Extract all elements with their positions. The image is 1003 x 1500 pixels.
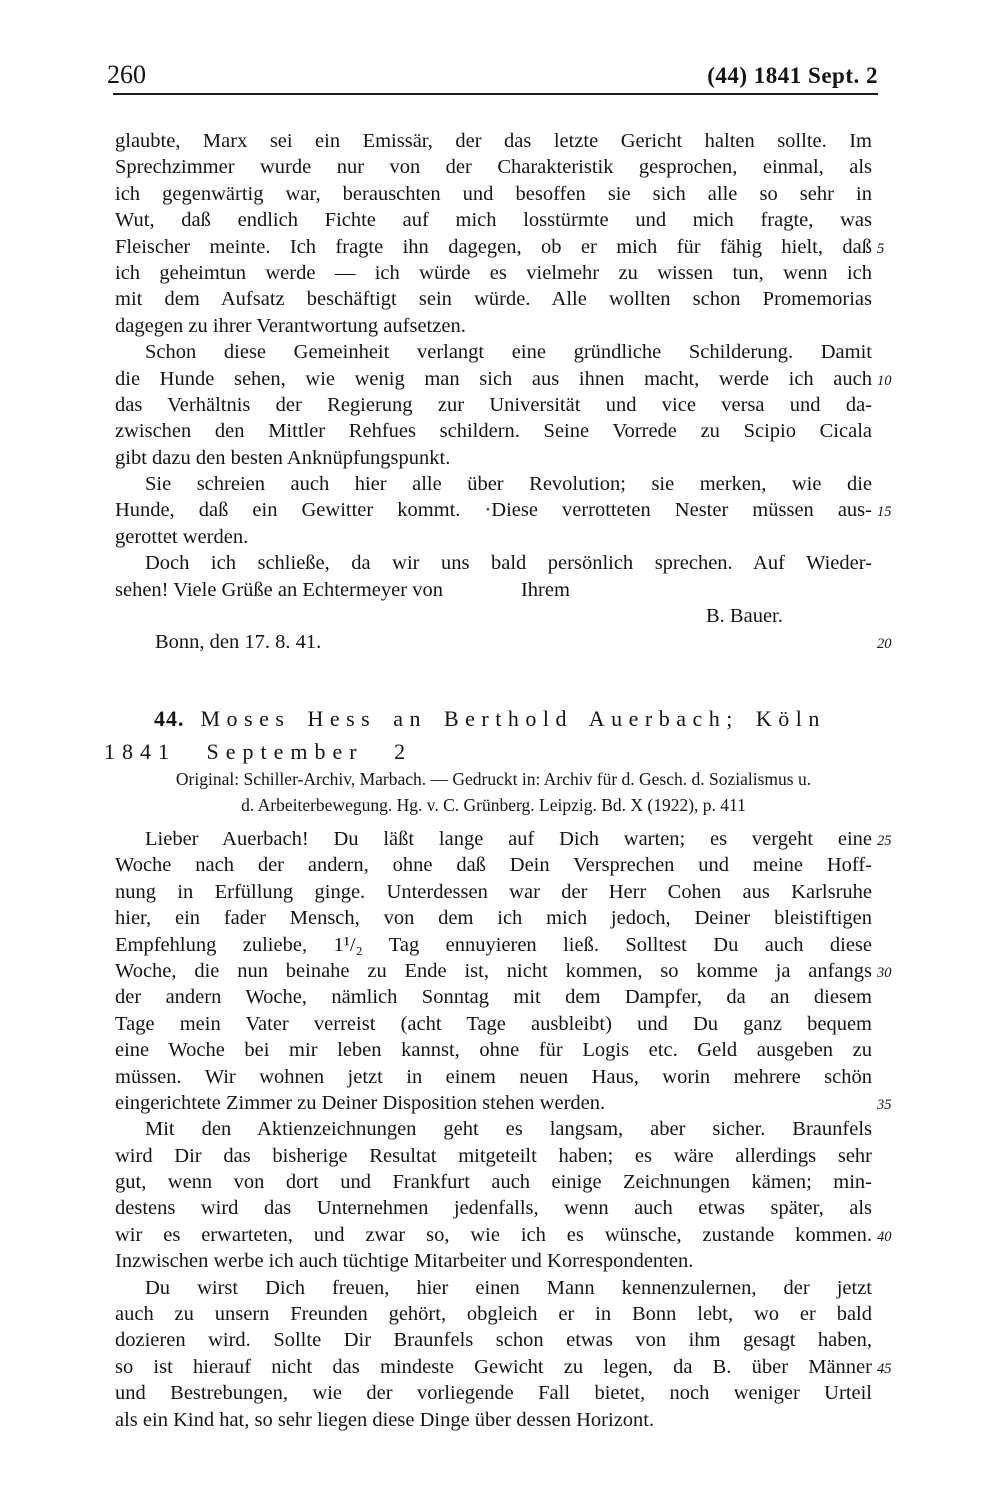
heading-line-1: 44.Moses Hess an Berthold Auerbach; Köln xyxy=(115,702,872,735)
text-line: Sprechzimmer wurde nur von der Charakter… xyxy=(115,154,872,180)
heading-title: Moses Hess an Berthold Auerbach; Köln xyxy=(201,706,826,731)
text-line: und Bestrebungen, wie der vorliegende Fa… xyxy=(115,1380,872,1406)
text-line: Woche nach der andern, ohne daß Dein Ver… xyxy=(115,852,872,878)
line-text: sehen! Viele Grüße an Echtermeyer von xyxy=(115,579,443,601)
text-line: Tage mein Vater verreist (acht Tage ausb… xyxy=(115,1011,872,1037)
text-line: 15Hunde, daß ein Gewitter kommt. ·Diese … xyxy=(115,497,872,523)
source-note-line-2: d. Arbeiterbewegung. Hg. v. C. Grünberg.… xyxy=(115,793,872,819)
margin-line-number: 25 xyxy=(877,828,917,854)
margin-line-number: 10 xyxy=(877,368,917,394)
book-page: 260 (44) 1841 Sept. 2 glaubte, Marx sei … xyxy=(0,0,1003,1500)
signature-text: B. Bauer. xyxy=(706,605,783,627)
line-text: Doch ich schließe, da wir uns bald persö… xyxy=(145,552,872,574)
valediction-ihrem: Ihrem xyxy=(521,579,570,601)
line-text: müssen. Wir wohnen jetzt in einem neuen … xyxy=(115,1066,872,1088)
text-line: hier, ein fader Mensch, von dem ich mich… xyxy=(115,905,872,931)
text-line: auch zu unsern Freunden gehört, obgleich… xyxy=(115,1301,872,1327)
running-header: 260 (44) 1841 Sept. 2 xyxy=(107,60,878,90)
text-line: Du wirst Dich freuen, hier einen Mann ke… xyxy=(115,1275,872,1301)
line-text: gerottet werden. xyxy=(115,526,248,548)
line-text: wird Dir das bisherige Resultat mitgetei… xyxy=(115,1145,872,1167)
line-text: nung in Erfüllung ginge. Unterdessen war… xyxy=(115,881,872,903)
text-line: 45so ist hierauf nicht das mindeste Gewi… xyxy=(115,1354,872,1380)
text-line: dozieren wird. Sollte Dir Braunfels scho… xyxy=(115,1327,872,1353)
text-line: Wut, daß endlich Fichte auf mich losstür… xyxy=(115,207,872,233)
line-text: Woche nach der andern, ohne daß Dein Ver… xyxy=(115,854,872,876)
line-text: Sprechzimmer wurde nur von der Charakter… xyxy=(115,156,872,178)
text-line: destens wird das Unternehmen jedenfalls,… xyxy=(115,1195,872,1221)
margin-line-number: 15 xyxy=(877,499,917,525)
line-text: destens wird das Unternehmen jedenfalls,… xyxy=(115,1197,872,1219)
text-line: Empfehlung zuliebe, 1¹/₂ Tag ennuyieren … xyxy=(115,932,872,958)
line-text: dozieren wird. Sollte Dir Braunfels scho… xyxy=(115,1329,872,1351)
text-line: 25Lieber Auerbach! Du läßt lange auf Dic… xyxy=(115,826,872,852)
line-text: die Hunde sehen, wie wenig man sich aus … xyxy=(115,368,872,390)
line-text: Mit den Aktienzeichnungen geht es langsa… xyxy=(145,1118,872,1140)
text-line: ich geheimtun werde — ich würde es vielm… xyxy=(115,260,872,286)
line-text: glaubte, Marx sei ein Emissär, der das l… xyxy=(115,130,872,152)
line-text: ich geheimtun werde — ich würde es vielm… xyxy=(115,262,872,284)
line-text: gut, wenn von dort und Frankfurt auch ei… xyxy=(115,1171,872,1193)
line-text: Lieber Auerbach! Du läßt lange auf Dich … xyxy=(145,828,872,850)
text-line: mit dem Aufsatz beschäftigt sein würde. … xyxy=(115,286,872,312)
line-text: Tage mein Vater verreist (acht Tage ausb… xyxy=(115,1013,872,1035)
text-line: wird Dir das bisherige Resultat mitgetei… xyxy=(115,1143,872,1169)
text-line: nung in Erfüllung ginge. Unterdessen war… xyxy=(115,879,872,905)
line-text: gibt dazu den besten Anknüpfungspunkt. xyxy=(115,447,450,469)
text-line: der andern Woche, nämlich Sonntag mit de… xyxy=(115,984,872,1010)
line-text: eine Woche bei mir leben kannst, ohne fü… xyxy=(115,1039,872,1061)
margin-line-number: 30 xyxy=(877,960,917,986)
text-line: ich gegenwärtig war, berauschten und bes… xyxy=(115,181,872,207)
line-text: Sie schreien auch hier alle über Revolut… xyxy=(145,473,872,495)
line-text: und Bestrebungen, wie der vorliegende Fa… xyxy=(115,1382,872,1404)
line-text: mit dem Aufsatz beschäftigt sein würde. … xyxy=(115,288,872,310)
line-text: zwischen den Mittler Rehfues schildern. … xyxy=(115,420,872,442)
text-line: Doch ich schließe, da wir uns bald persö… xyxy=(115,550,872,576)
line-text: ich gegenwärtig war, berauschten und bes… xyxy=(115,183,872,205)
letter-number: 44. xyxy=(154,706,185,731)
margin-line-number: 45 xyxy=(877,1356,917,1382)
text-line: Inzwischen werbe ich auch tüchtige Mitar… xyxy=(115,1248,872,1274)
line-text: hier, ein fader Mensch, von dem ich mich… xyxy=(115,907,872,929)
text-line: 35eingerichtete Zimmer zu Deiner Disposi… xyxy=(115,1090,872,1116)
signature-line: B. Bauer. xyxy=(115,603,872,629)
text-line: zwischen den Mittler Rehfues schildern. … xyxy=(115,418,872,444)
line-text: so ist hierauf nicht das mindeste Gewich… xyxy=(115,1356,872,1378)
line-text: Du wirst Dich freuen, hier einen Mann ke… xyxy=(145,1277,872,1299)
text-line: gut, wenn von dort und Frankfurt auch ei… xyxy=(115,1169,872,1195)
line-text: dagegen zu ihrer Verantwortung aufsetzen… xyxy=(115,315,466,337)
text-line: müssen. Wir wohnen jetzt in einem neuen … xyxy=(115,1064,872,1090)
line-text: Fleischer meinte. Ich fragte ihn dagegen… xyxy=(115,236,872,258)
text-line: das Verhältnis der Regierung zur Univers… xyxy=(115,392,872,418)
line-text: Wut, daß endlich Fichte auf mich losstür… xyxy=(115,209,872,231)
letter-44-body: 25Lieber Auerbach! Du läßt lange auf Dic… xyxy=(115,826,872,1433)
line-text: eingerichtete Zimmer zu Deiner Dispositi… xyxy=(115,1092,605,1114)
text-line: dagegen zu ihrer Verantwortung aufsetzen… xyxy=(115,313,872,339)
source-note: Original: Schiller-Archiv, Marbach. — Ge… xyxy=(115,767,872,818)
line-text: Woche, die nun beinahe zu Ende ist, nich… xyxy=(115,960,872,982)
line-text: Empfehlung zuliebe, 1¹/₂ Tag ennuyieren … xyxy=(115,934,872,956)
heading-line-2: 1841 September 2 xyxy=(104,735,872,768)
text-line: Schon diese Gemeinheit verlangt eine grü… xyxy=(115,339,872,365)
line-text: das Verhältnis der Regierung zur Univers… xyxy=(115,394,872,416)
source-note-line-1: Original: Schiller-Archiv, Marbach. — Ge… xyxy=(115,767,872,793)
line-text: Hunde, daß ein Gewitter kommt. ·Diese ve… xyxy=(115,499,872,521)
text-line: als ein Kind hat, so sehr liegen diese D… xyxy=(115,1407,872,1433)
line-text: Inzwischen werbe ich auch tüchtige Mitar… xyxy=(115,1250,693,1272)
text-line: Mit den Aktienzeichnungen geht es langsa… xyxy=(115,1116,872,1142)
page-number: 260 xyxy=(107,60,146,90)
text-line: eine Woche bei mir leben kannst, ohne fü… xyxy=(115,1037,872,1063)
line-text: auch zu unsern Freunden gehört, obgleich… xyxy=(115,1303,872,1325)
margin-line-number: 35 xyxy=(877,1092,917,1118)
margin-line-number: 20 xyxy=(877,631,917,657)
letter-43-continuation: glaubte, Marx sei ein Emissär, der das l… xyxy=(115,128,872,656)
text-line: 40wir es erwarteten, und zwar so, wie ic… xyxy=(115,1222,872,1248)
margin-line-number: 40 xyxy=(877,1224,917,1250)
header-rule xyxy=(113,93,878,95)
valediction-line: sehen! Viele Grüße an Echtermeyer vonIhr… xyxy=(115,577,872,603)
margin-line-number: 5 xyxy=(877,236,917,262)
text-line: 5Fleischer meinte. Ich fragte ihn dagege… xyxy=(115,234,872,260)
text-line: 10die Hunde sehen, wie wenig man sich au… xyxy=(115,366,872,392)
dateline-text: Bonn, den 17. 8. 41. xyxy=(155,631,321,653)
line-text: wir es erwarteten, und zwar so, wie ich … xyxy=(115,1224,872,1246)
letter-44-heading: 44.Moses Hess an Berthold Auerbach; Köln… xyxy=(115,702,872,768)
text-line: 30Woche, die nun beinahe zu Ende ist, ni… xyxy=(115,958,872,984)
text-line: gibt dazu den besten Anknüpfungspunkt. xyxy=(115,445,872,471)
line-text: als ein Kind hat, so sehr liegen diese D… xyxy=(115,1409,654,1431)
text-line: glaubte, Marx sei ein Emissär, der das l… xyxy=(115,128,872,154)
text-line: Sie schreien auch hier alle über Revolut… xyxy=(115,471,872,497)
line-text: Schon diese Gemeinheit verlangt eine grü… xyxy=(145,341,872,363)
line-text: der andern Woche, nämlich Sonntag mit de… xyxy=(115,986,872,1008)
running-head-date: (44) 1841 Sept. 2 xyxy=(707,63,878,89)
dateline: 20Bonn, den 17. 8. 41. xyxy=(115,629,872,655)
text-line: gerottet werden. xyxy=(115,524,872,550)
